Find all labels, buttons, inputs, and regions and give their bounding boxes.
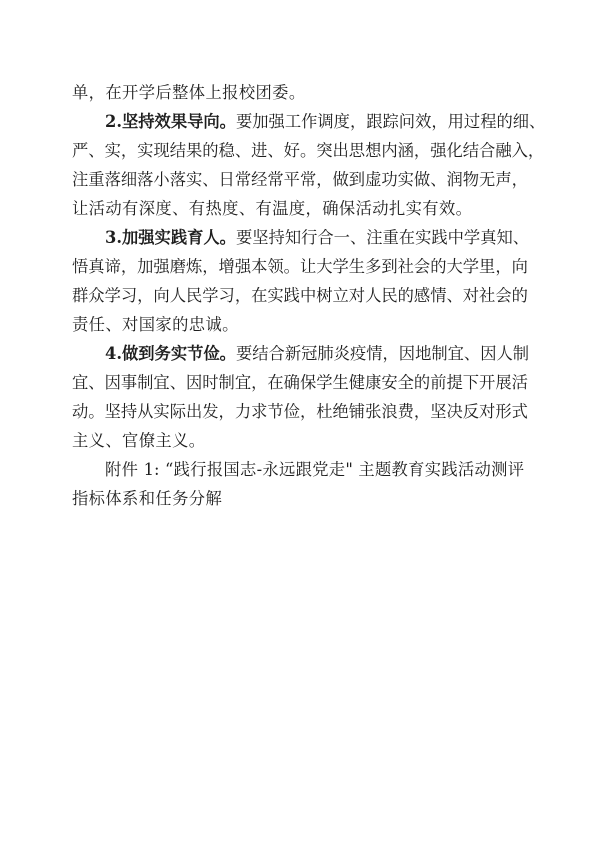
text-line: 4.做到务实节俭。要结合新冠肺炎疫情，因地制宜、因人制 xyxy=(72,339,524,368)
text-line: 让活动有深度、有热度、有温度，确保活动扎实有效。 xyxy=(72,194,524,223)
text-line: 宜、因事制宜、因时制宜，在确保学生健康安全的前提下开展活 xyxy=(72,368,524,397)
text-run: 单，在开学后整体上报校团委。 xyxy=(72,83,306,102)
text-run: 让活动有深度、有热度、有温度，确保活动扎实有效。 xyxy=(72,199,472,218)
text-run: 要加强工作调度，跟踪问效，用过程的细、 xyxy=(236,112,545,131)
text-line: 单，在开学后整体上报校团委。 xyxy=(72,78,524,107)
text-line: 附件 1: “践行报国志-永远跟党走" 主题教育实践活动测评 xyxy=(72,455,524,484)
text-line: 群众学习，向人民学习，在实践中树立对人民的感情、对社会的 xyxy=(72,281,524,310)
text-run: 附件 1: “践行报国志-永远跟党走" 主题教育实践活动测评 xyxy=(105,460,524,479)
text-line: 主义、官僚主义。 xyxy=(72,426,524,455)
text-run: 悟真谛，加强磨炼，增强本领。让大学生多到社会的大学里，向 xyxy=(72,257,528,276)
text-run: 要结合新冠肺炎疫情，因地制宜、因人制 xyxy=(236,344,529,363)
text-line: 动。坚持从实际出发，力求节俭，杜绝铺张浪费，坚决反对形式 xyxy=(72,397,524,426)
text-line: 悟真谛，加强磨炼，增强本领。让大学生多到社会的大学里，向 xyxy=(72,252,524,281)
text-run: 动。坚持从实际出发，力求节俭，杜绝铺张浪费，坚决反对形式 xyxy=(72,402,528,421)
text-run: 严、实，实现结果的稳、进、好。突出思想内涵，强化结合融入， xyxy=(72,141,544,160)
text-run: 注重落细落小落实、日常经常平常，做到虚功实做、润物无声， xyxy=(72,170,528,189)
text-run: 要坚持知行合一、注重在实践中学真知、 xyxy=(236,228,529,247)
text-line: 严、实，实现结果的稳、进、好。突出思想内涵，强化结合融入， xyxy=(72,136,524,165)
text-line: 3.加强实践育人。要坚持知行合一、注重在实践中学真知、 xyxy=(72,223,524,252)
document-body: 单，在开学后整体上报校团委。 2.坚持效果导向。要加强工作调度，跟踪问效，用过程… xyxy=(72,78,524,513)
bold-run: 3.加强实践育人。 xyxy=(105,228,236,247)
document-page: 单，在开学后整体上报校团委。 2.坚持效果导向。要加强工作调度，跟踪问效，用过程… xyxy=(0,0,596,842)
text-run: 主义、官僚主义。 xyxy=(72,431,205,450)
text-line: 注重落细落小落实、日常经常平常，做到虚功实做、润物无声， xyxy=(72,165,524,194)
text-line: 2.坚持效果导向。要加强工作调度，跟踪问效，用过程的细、 xyxy=(72,107,524,136)
text-run: 指标体系和任务分解 xyxy=(72,489,222,508)
text-line: 责任、对国家的忠诚。 xyxy=(72,310,524,339)
text-line: 指标体系和任务分解 xyxy=(72,484,524,513)
text-run: 宜、因事制宜、因时制宜，在确保学生健康安全的前提下开展活 xyxy=(72,373,528,392)
text-run: 责任、对国家的忠诚。 xyxy=(72,315,239,334)
text-run: 群众学习，向人民学习，在实践中树立对人民的感情、对社会的 xyxy=(72,286,528,305)
bold-run: 4.做到务实节俭。 xyxy=(105,344,236,363)
bold-run: 2.坚持效果导向。 xyxy=(105,112,236,131)
